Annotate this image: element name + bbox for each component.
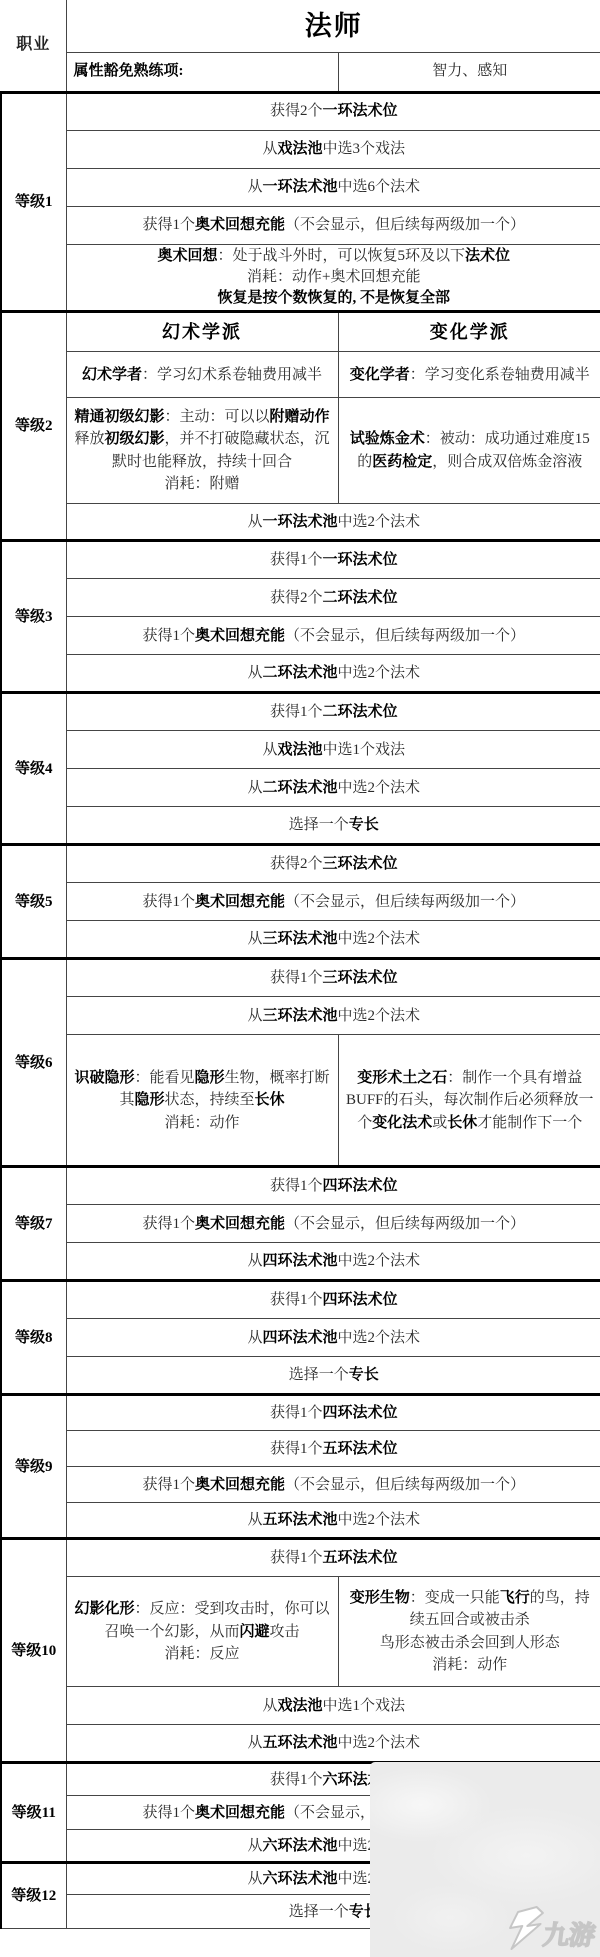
- table-row: 获得1个奥术回想充能（不会显示，但后续每两级加一个）: [1, 617, 600, 655]
- feature-cell: 从三环法术池中选2个法术: [66, 997, 600, 1035]
- table-row: 等级4获得1个二环法术位: [1, 693, 600, 731]
- feature-text-line: 从戏法池中选1个戏法: [71, 739, 598, 762]
- feature-cell: 变形术土之石：制作一个具有增益BUFF的石头，每次制作后必须释放一个变化法术或长…: [338, 1035, 600, 1167]
- feature-text-line: 获得1个四环法术位: [71, 1289, 598, 1312]
- table-row: 从一环法术池中选6个法术: [1, 168, 600, 206]
- feature-text-line: 获得1个一环法术位: [71, 549, 598, 572]
- feature-text-line: 精通初级幻影：主动：可以以附赠动作释放初级幻影，并不打破隐藏状态，沉默时也能释放…: [71, 406, 334, 474]
- feature-text-line: 识破隐形：能看见隐形生物，概率打断其隐形状态，持续至长休: [71, 1067, 334, 1112]
- feature-text-line: 选择一个专长: [71, 1364, 598, 1387]
- feature-text-line: 试验炼金术：被动：成功通过难度15的医药检定，则合成双倍炼金溶液: [343, 428, 598, 473]
- save-proficiency-value: 智力、感知: [432, 63, 507, 79]
- feature-text-line: 消耗：动作+奥术回想充能: [71, 267, 598, 288]
- feature-text-line: 获得1个奥术回想充能（不会显示，但后续每两级加一个）: [71, 1213, 598, 1236]
- level-label-cell: 等级3: [1, 541, 66, 693]
- feature-text-line: 从四环法术池中选2个法术: [71, 1327, 598, 1350]
- feature-cell: 变化学派: [338, 312, 600, 352]
- feature-cell: 变形生物：变成一只能飞行的鸟，持续五回合或被击杀鸟形态被击杀会回到人形态消耗：动…: [338, 1577, 600, 1687]
- feature-cell: 获得1个奥术回想充能（不会显示，但后续每两级加一个）: [66, 1467, 600, 1503]
- feature-text-line: 获得1个奥术回想充能（不会显示，但后续每两级加一个）: [71, 214, 598, 237]
- table-row: 从四环法术池中选2个法术: [1, 1243, 600, 1281]
- feature-text-line: 恢复是按个数恢复的, 不是恢复全部: [71, 288, 598, 309]
- feature-cell: 从五环法术池中选2个法术: [66, 1503, 600, 1539]
- feature-cell: 获得1个奥术回想充能（不会显示，但后续每两级加一个）: [66, 617, 600, 655]
- table-row: 选择一个专长: [1, 807, 600, 845]
- level-label-cell: 等级9: [1, 1395, 66, 1539]
- table-row: 选择一个专长: [1, 1357, 600, 1395]
- table-row: 等级7获得1个四环法术位: [1, 1167, 600, 1205]
- jiuyou-watermark-logo: 九游: [503, 1904, 598, 1952]
- feature-text-line: 消耗：动作: [71, 1112, 334, 1135]
- feature-text-line: 获得2个三环法术位: [71, 853, 598, 876]
- feature-text-line: 从戏法池中选3个戏法: [71, 138, 598, 161]
- jiuyou-logo-glyph: 九游: [507, 1907, 598, 1950]
- table-row: 等级5获得2个三环法术位: [1, 845, 600, 883]
- feature-text-line: 获得1个奥术回想充能（不会显示，但后续每两级加一个）: [71, 891, 598, 914]
- level-label-cell: 等级7: [1, 1167, 66, 1281]
- level-label-cell: 等级8: [1, 1281, 66, 1395]
- class-name-cell: 法师: [66, 0, 600, 52]
- feature-text-line: 从一环法术池中选2个法术: [71, 511, 598, 534]
- feature-cell: 获得1个四环法术位: [66, 1167, 600, 1205]
- class-progression-table: 职业 法师 属性豁免熟练项: 智力、感知 等级1获得2个一环法术位从戏法池中选3…: [0, 0, 600, 1929]
- feature-cell: 获得2个三环法术位: [66, 845, 600, 883]
- feature-cell: 从戏法池中选3个戏法: [66, 130, 600, 168]
- class-name: 法师: [305, 11, 363, 41]
- feature-text-line: 消耗：动作: [343, 1654, 598, 1677]
- feature-text-line: 从五环法术池中选2个法术: [71, 1509, 598, 1532]
- feature-cell: 从四环法术池中选2个法术: [66, 1243, 600, 1281]
- feature-cell: 识破隐形：能看见隐形生物，概率打断其隐形状态，持续至长休消耗：动作: [66, 1035, 338, 1167]
- table-row: 从三环法术池中选2个法术: [1, 921, 600, 959]
- feature-text-line: 幻影化形：反应：受到攻击时，你可以召唤一个幻影，从而闪避攻击: [71, 1598, 334, 1643]
- feature-cell: 从四环法术池中选2个法术: [66, 1319, 600, 1357]
- save-proficiency-label-cell: 属性豁免熟练项:: [66, 52, 338, 92]
- feature-cell: 选择一个专长: [66, 1357, 600, 1395]
- feature-text-line: 从五环法术池中选2个法术: [71, 1732, 598, 1755]
- table-row: 从二环法术池中选2个法术: [1, 655, 600, 693]
- feature-cell: 从二环法术池中选2个法术: [66, 655, 600, 693]
- feature-text-line: 变形术土之石：制作一个具有增益BUFF的石头，每次制作后必须释放一个变化法术或长…: [343, 1067, 598, 1135]
- feature-text-line: 获得2个二环法术位: [71, 587, 598, 610]
- feature-cell: 获得1个奥术回想充能（不会显示，但后续每两级加一个）: [66, 883, 600, 921]
- table-row: 获得1个奥术回想充能（不会显示，但后续每两级加一个）: [1, 1467, 600, 1503]
- feature-cell: 获得1个奥术回想充能（不会显示，但后续每两级加一个）: [66, 206, 600, 244]
- feature-cell: 获得1个四环法术位: [66, 1395, 600, 1431]
- job-label-cell: 职业: [1, 0, 66, 92]
- table-row: 识破隐形：能看见隐形生物，概率打断其隐形状态，持续至长休消耗：动作变形术土之石：…: [1, 1035, 600, 1167]
- feature-cell: 幻术学者：学习幻术系卷轴费用减半: [66, 352, 338, 398]
- save-proficiency-value-cell: 智力、感知: [338, 52, 600, 92]
- feature-cell: 获得1个二环法术位: [66, 693, 600, 731]
- feature-cell: 从二环法术池中选2个法术: [66, 769, 600, 807]
- feature-cell: 获得1个一环法术位: [66, 541, 600, 579]
- watermark-overlay: 九游: [370, 1762, 600, 1957]
- feature-text-line: 从戏法池中选1个戏法: [71, 1695, 598, 1718]
- feature-cell: 从一环法术池中选2个法术: [66, 504, 600, 541]
- feature-cell: 从戏法池中选1个戏法: [66, 731, 600, 769]
- feature-cell: 选择一个专长: [66, 807, 600, 845]
- level-label-cell: 等级5: [1, 845, 66, 959]
- feature-cell: 获得2个一环法术位: [66, 92, 600, 130]
- table-row: 幻影化形：反应：受到攻击时，你可以召唤一个幻影，从而闪避攻击消耗：反应变形生物：…: [1, 1577, 600, 1687]
- table-row: 幻术学者：学习幻术系卷轴费用减半变化学者：学习变化系卷轴费用减半: [1, 352, 600, 398]
- feature-cell: 从戏法池中选1个戏法: [66, 1687, 600, 1725]
- feature-text-line: 从一环法术池中选6个法术: [71, 176, 598, 199]
- levels-body: 等级1获得2个一环法术位从戏法池中选3个戏法从一环法术池中选6个法术获得1个奥术…: [1, 92, 600, 1929]
- feature-text-line: 从三环法术池中选2个法术: [71, 1005, 598, 1028]
- level-label-cell: 等级11: [1, 1763, 66, 1863]
- table-row: 从戏法池中选1个戏法: [1, 731, 600, 769]
- feature-cell: 获得2个二环法术位: [66, 579, 600, 617]
- table-row: 从一环法术池中选2个法术: [1, 504, 600, 541]
- feature-text-line: 获得1个五环法术位: [71, 1438, 598, 1461]
- feature-cell: 变化学者：学习变化系卷轴费用减半: [338, 352, 600, 398]
- feature-cell: 幻术学派: [66, 312, 338, 352]
- feature-text-line: 获得1个四环法术位: [71, 1402, 598, 1425]
- save-proficiency-label: 属性豁免熟练项:: [74, 63, 184, 79]
- feature-text-line: 获得1个奥术回想充能（不会显示，但后续每两级加一个）: [71, 1474, 598, 1497]
- feature-cell: 从三环法术池中选2个法术: [66, 921, 600, 959]
- table-row: 从戏法池中选1个戏法: [1, 1687, 600, 1725]
- feature-text-line: 从四环法术池中选2个法术: [71, 1250, 598, 1273]
- feature-cell: 奥术回想：处于战斗外时，可以恢复5环及以下法术位消耗：动作+奥术回想充能恢复是按…: [66, 244, 600, 312]
- feature-text-line: 奥术回想：处于战斗外时，可以恢复5环及以下法术位: [71, 246, 598, 267]
- level-label-cell: 等级6: [1, 959, 66, 1167]
- feature-text-line: 鸟形态被击杀会回到人形态: [343, 1632, 598, 1655]
- feature-cell: 获得1个五环法术位: [66, 1431, 600, 1467]
- table-row: 获得1个奥术回想充能（不会显示，但后续每两级加一个）: [1, 1205, 600, 1243]
- feature-text-line: 获得1个三环法术位: [71, 967, 598, 990]
- feature-cell: 获得1个四环法术位: [66, 1281, 600, 1319]
- table-row: 获得1个奥术回想充能（不会显示，但后续每两级加一个）: [1, 883, 600, 921]
- feature-text-line: 变化学者：学习变化系卷轴费用减半: [343, 364, 598, 387]
- feature-text-line: 幻术学派: [71, 319, 334, 346]
- feature-text-line: 消耗：附赠: [71, 473, 334, 496]
- level-label-cell: 等级4: [1, 693, 66, 845]
- level-label-cell: 等级10: [1, 1539, 66, 1763]
- table-row: 从二环法术池中选2个法术: [1, 769, 600, 807]
- feature-text-line: 获得1个奥术回想充能（不会显示，但后续每两级加一个）: [71, 625, 598, 648]
- table-row: 获得1个五环法术位: [1, 1431, 600, 1467]
- wizard-class-table-screenshot: 职业 法师 属性豁免熟练项: 智力、感知 等级1获得2个一环法术位从戏法池中选3…: [0, 0, 600, 1957]
- feature-text-line: 获得1个四环法术位: [71, 1175, 598, 1198]
- title-row: 职业 法师: [1, 0, 600, 52]
- level-label-cell: 等级12: [1, 1863, 66, 1929]
- jiuyou-logo-text: 九游: [541, 1921, 597, 1950]
- table-row: 等级1获得2个一环法术位: [1, 92, 600, 130]
- table-row: 从四环法术池中选2个法术: [1, 1319, 600, 1357]
- feature-cell: 从五环法术池中选2个法术: [66, 1725, 600, 1763]
- feature-text-line: 幻术学者：学习幻术系卷轴费用减半: [71, 364, 334, 387]
- table-row: 奥术回想：处于战斗外时，可以恢复5环及以下法术位消耗：动作+奥术回想充能恢复是按…: [1, 244, 600, 312]
- table-row: 从戏法池中选3个戏法: [1, 130, 600, 168]
- feature-text-line: 从三环法术池中选2个法术: [71, 928, 598, 951]
- feature-text-line: 获得2个一环法术位: [71, 100, 598, 123]
- feature-cell: 幻影化形：反应：受到攻击时，你可以召唤一个幻影，从而闪避攻击消耗：反应: [66, 1577, 338, 1687]
- saving-throw-row: 属性豁免熟练项: 智力、感知: [1, 52, 600, 92]
- table-row: 获得2个二环法术位: [1, 579, 600, 617]
- table-row: 获得1个奥术回想充能（不会显示，但后续每两级加一个）: [1, 206, 600, 244]
- table-row: 从三环法术池中选2个法术: [1, 997, 600, 1035]
- level-label-cell: 等级2: [1, 312, 66, 541]
- level-label-cell: 等级1: [1, 92, 66, 312]
- feature-cell: 获得1个奥术回想充能（不会显示，但后续每两级加一个）: [66, 1205, 600, 1243]
- feature-cell: 获得1个五环法术位: [66, 1539, 600, 1577]
- table-row: 等级8获得1个四环法术位: [1, 1281, 600, 1319]
- table-row: 精通初级幻影：主动：可以以附赠动作释放初级幻影，并不打破隐藏状态，沉默时也能释放…: [1, 398, 600, 504]
- job-label: 职业: [16, 36, 50, 53]
- feature-text-line: 选择一个专长: [71, 814, 598, 837]
- table-row: 从五环法术池中选2个法术: [1, 1503, 600, 1539]
- feature-cell: 试验炼金术：被动：成功通过难度15的医药检定，则合成双倍炼金溶液: [338, 398, 600, 504]
- feature-text-line: 从二环法术池中选2个法术: [71, 777, 598, 800]
- feature-text-line: 获得1个五环法术位: [71, 1547, 598, 1570]
- feature-text-line: 从二环法术池中选2个法术: [71, 662, 598, 685]
- feature-cell: 从一环法术池中选6个法术: [66, 168, 600, 206]
- feature-text-line: 变化学派: [343, 319, 598, 346]
- table-row: 等级9获得1个四环法术位: [1, 1395, 600, 1431]
- feature-cell: 获得1个三环法术位: [66, 959, 600, 997]
- feature-text-line: 变形生物：变成一只能飞行的鸟，持续五回合或被击杀: [343, 1587, 598, 1632]
- feature-text-line: 消耗：反应: [71, 1643, 334, 1666]
- feature-text-line: 获得1个二环法术位: [71, 701, 598, 724]
- table-row: 等级3获得1个一环法术位: [1, 541, 600, 579]
- feature-cell: 精通初级幻影：主动：可以以附赠动作释放初级幻影，并不打破隐藏状态，沉默时也能释放…: [66, 398, 338, 504]
- table-row: 等级2幻术学派变化学派: [1, 312, 600, 352]
- table-row: 从五环法术池中选2个法术: [1, 1725, 600, 1763]
- table-row: 等级10获得1个五环法术位: [1, 1539, 600, 1577]
- table-row: 等级6获得1个三环法术位: [1, 959, 600, 997]
